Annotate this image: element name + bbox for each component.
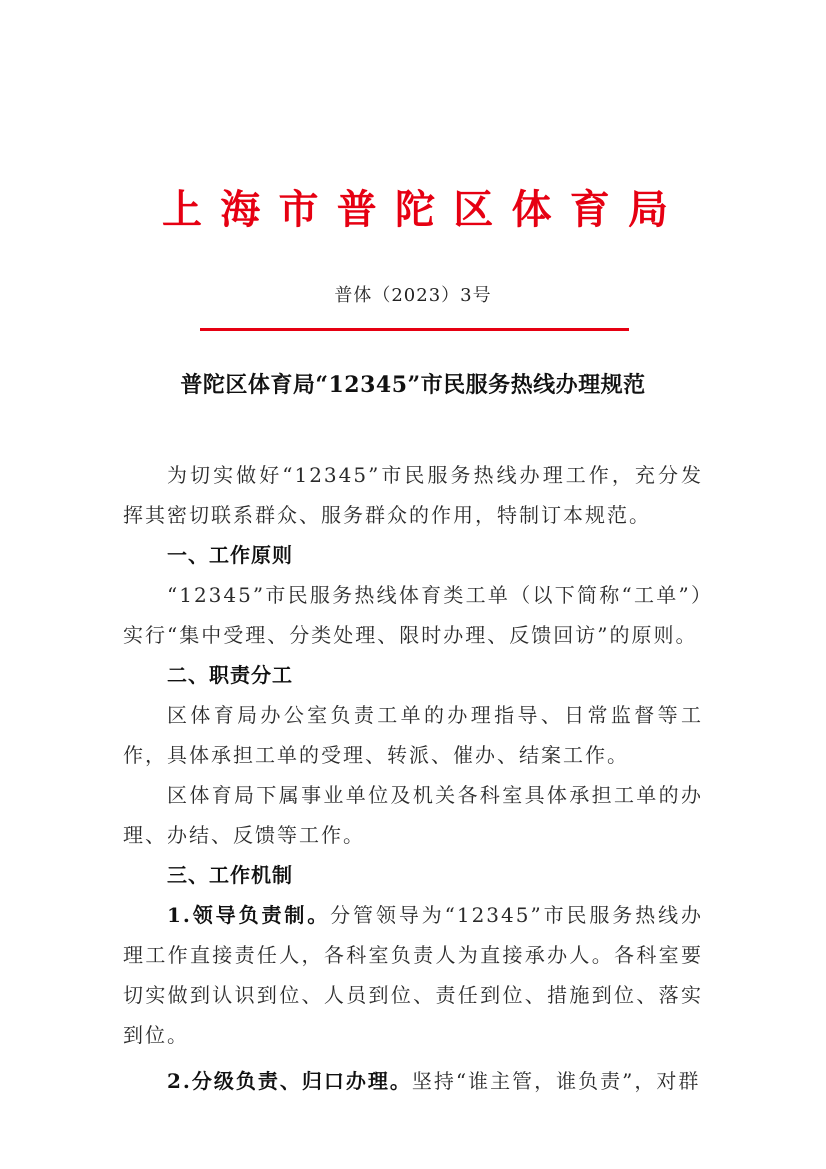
masthead-char: 市 bbox=[277, 186, 321, 234]
intro-paragraph: 为切实做好“12345”市民服务热线办理工作，充分发挥其密切联系群众、服务群众的… bbox=[123, 455, 703, 535]
masthead-char: 育 bbox=[568, 186, 612, 234]
section-heading-responsibilities: 二、职责分工 bbox=[123, 655, 703, 695]
section-heading-principles: 一、工作原则 bbox=[123, 535, 703, 575]
red-divider bbox=[200, 328, 629, 331]
section-heading-mechanism: 三、工作机制 bbox=[123, 855, 703, 895]
masthead-char: 海 bbox=[218, 186, 262, 234]
numbered-item: 1.领导负责制。分管领导为“12345”市民服务热线办理工作直接责任人，各科室负… bbox=[123, 895, 703, 1055]
agency-masthead: 上 海 市 普 陀 区 体 育 局 bbox=[160, 186, 670, 234]
masthead-char: 区 bbox=[451, 186, 495, 234]
numbered-item: 2.分级负责、归口办理。坚持“谁主管，谁负责”，对群 bbox=[123, 1061, 703, 1101]
paragraph: 区体育局办公室负责工单的办理指导、日常监督等工作，具体承担工单的受理、转派、催办… bbox=[123, 695, 703, 775]
masthead-char: 陀 bbox=[393, 186, 437, 234]
item-text: 坚持“谁主管，谁负责”，对群 bbox=[412, 1069, 700, 1093]
masthead-char: 普 bbox=[335, 186, 379, 234]
masthead-char: 局 bbox=[626, 186, 670, 234]
masthead-char: 体 bbox=[510, 186, 554, 234]
paragraph: “12345”市民服务热线体育类工单（以下简称“工单”）实行“集中受理、分类处理… bbox=[123, 575, 703, 655]
item-lead: 1.领导负责制。 bbox=[167, 903, 330, 927]
masthead-char: 上 bbox=[160, 186, 204, 234]
paragraph: 区体育局下属事业单位及机关各科室具体承担工单的办理、办结、反馈等工作。 bbox=[123, 775, 703, 855]
document-body: 为切实做好“12345”市民服务热线办理工作，充分发挥其密切联系群众、服务群众的… bbox=[123, 455, 703, 1101]
item-lead: 2.分级负责、归口办理。 bbox=[167, 1069, 412, 1093]
document-number: 普体（2023）3号 bbox=[0, 283, 826, 309]
document-title: 普陀区体育局“12345”市民服务热线办理规范 bbox=[0, 368, 826, 402]
